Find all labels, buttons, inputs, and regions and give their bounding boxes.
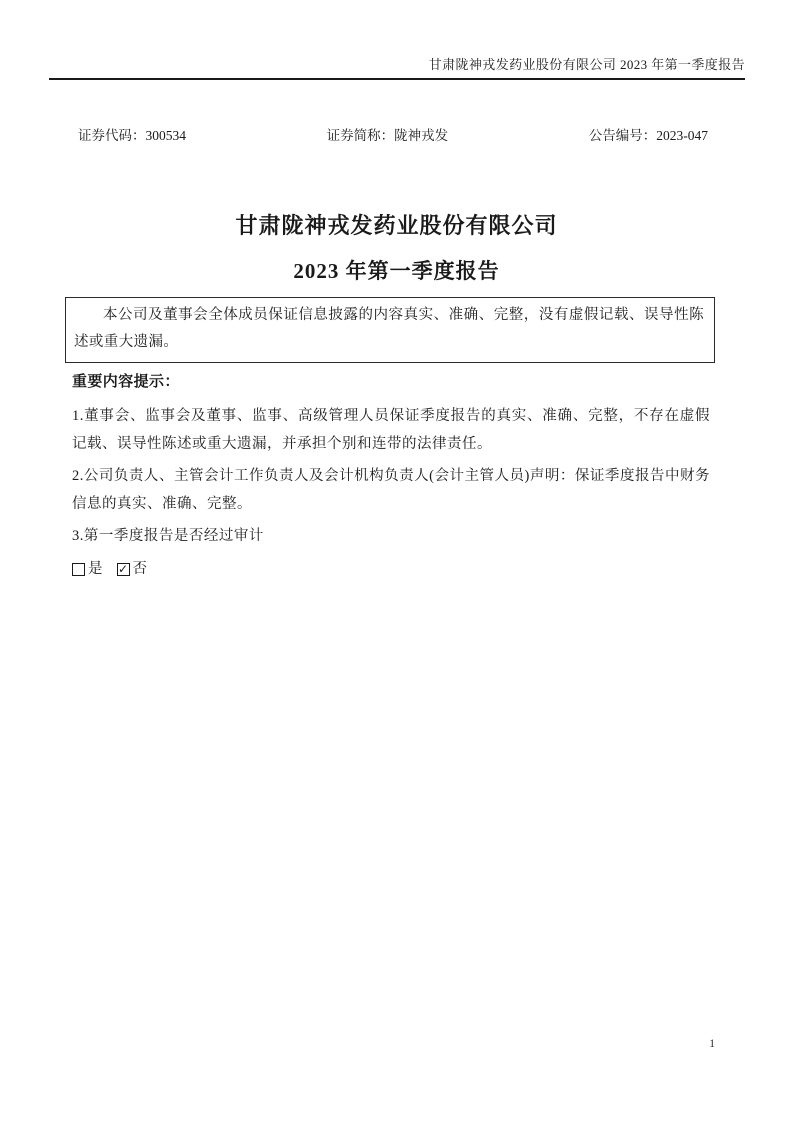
report-title: 2023 年第一季度报告 <box>0 258 793 284</box>
audit-option-yes-label: 是 <box>88 559 103 579</box>
stock-info-row: 证券代码：300534 证券简称：陇神戎发 公告编号：2023-047 <box>78 127 708 144</box>
stock-code-label: 证券代码： <box>78 128 146 143</box>
stock-abbr-label: 证券简称： <box>327 128 395 143</box>
statement-box: 本公司及董事会全体成员保证信息披露的内容真实、准确、完整，没有虚假记载、误导性陈… <box>65 297 715 363</box>
audit-option-no: ✓ 否 <box>117 559 148 579</box>
running-header: 甘肃陇神戎发药业股份有限公司 2023 年第一季度报告 <box>49 57 745 80</box>
stock-code: 证券代码：300534 <box>78 127 186 144</box>
stock-code-value: 300534 <box>146 128 187 143</box>
stock-abbr-value: 陇神戎发 <box>394 128 448 143</box>
announcement-value: 2023-047 <box>656 128 708 143</box>
announcement-number: 公告编号：2023-047 <box>589 127 708 144</box>
audit-answer-row: 是 ✓ 否 <box>72 559 710 579</box>
audit-option-no-label: 否 <box>133 559 148 579</box>
notice-paragraph-2: 2.公司负责人、主管会计工作负责人及会计机构负责人(会计主管人员)声明：保证季度… <box>72 462 710 518</box>
page-number: 1 <box>709 1038 715 1050</box>
notice-paragraph-3: 3.第一季度报告是否经过审计 <box>72 522 710 550</box>
stock-abbr: 证券简称：陇神戎发 <box>327 127 449 144</box>
important-notice-heading: 重要内容提示： <box>72 372 710 392</box>
audit-option-yes: 是 <box>72 559 103 579</box>
notice-paragraph-1: 1.董事会、监事会及董事、监事、高级管理人员保证季度报告的真实、准确、完整，不存… <box>72 402 710 458</box>
report-page: 甘肃陇神戎发药业股份有限公司 2023 年第一季度报告 证券代码：300534 … <box>0 0 793 1122</box>
checkbox-checked-icon: ✓ <box>117 563 130 576</box>
announcement-label: 公告编号： <box>589 128 657 143</box>
checkbox-unchecked-icon <box>72 563 85 576</box>
company-title: 甘肃陇神戎发药业股份有限公司 <box>0 213 793 239</box>
